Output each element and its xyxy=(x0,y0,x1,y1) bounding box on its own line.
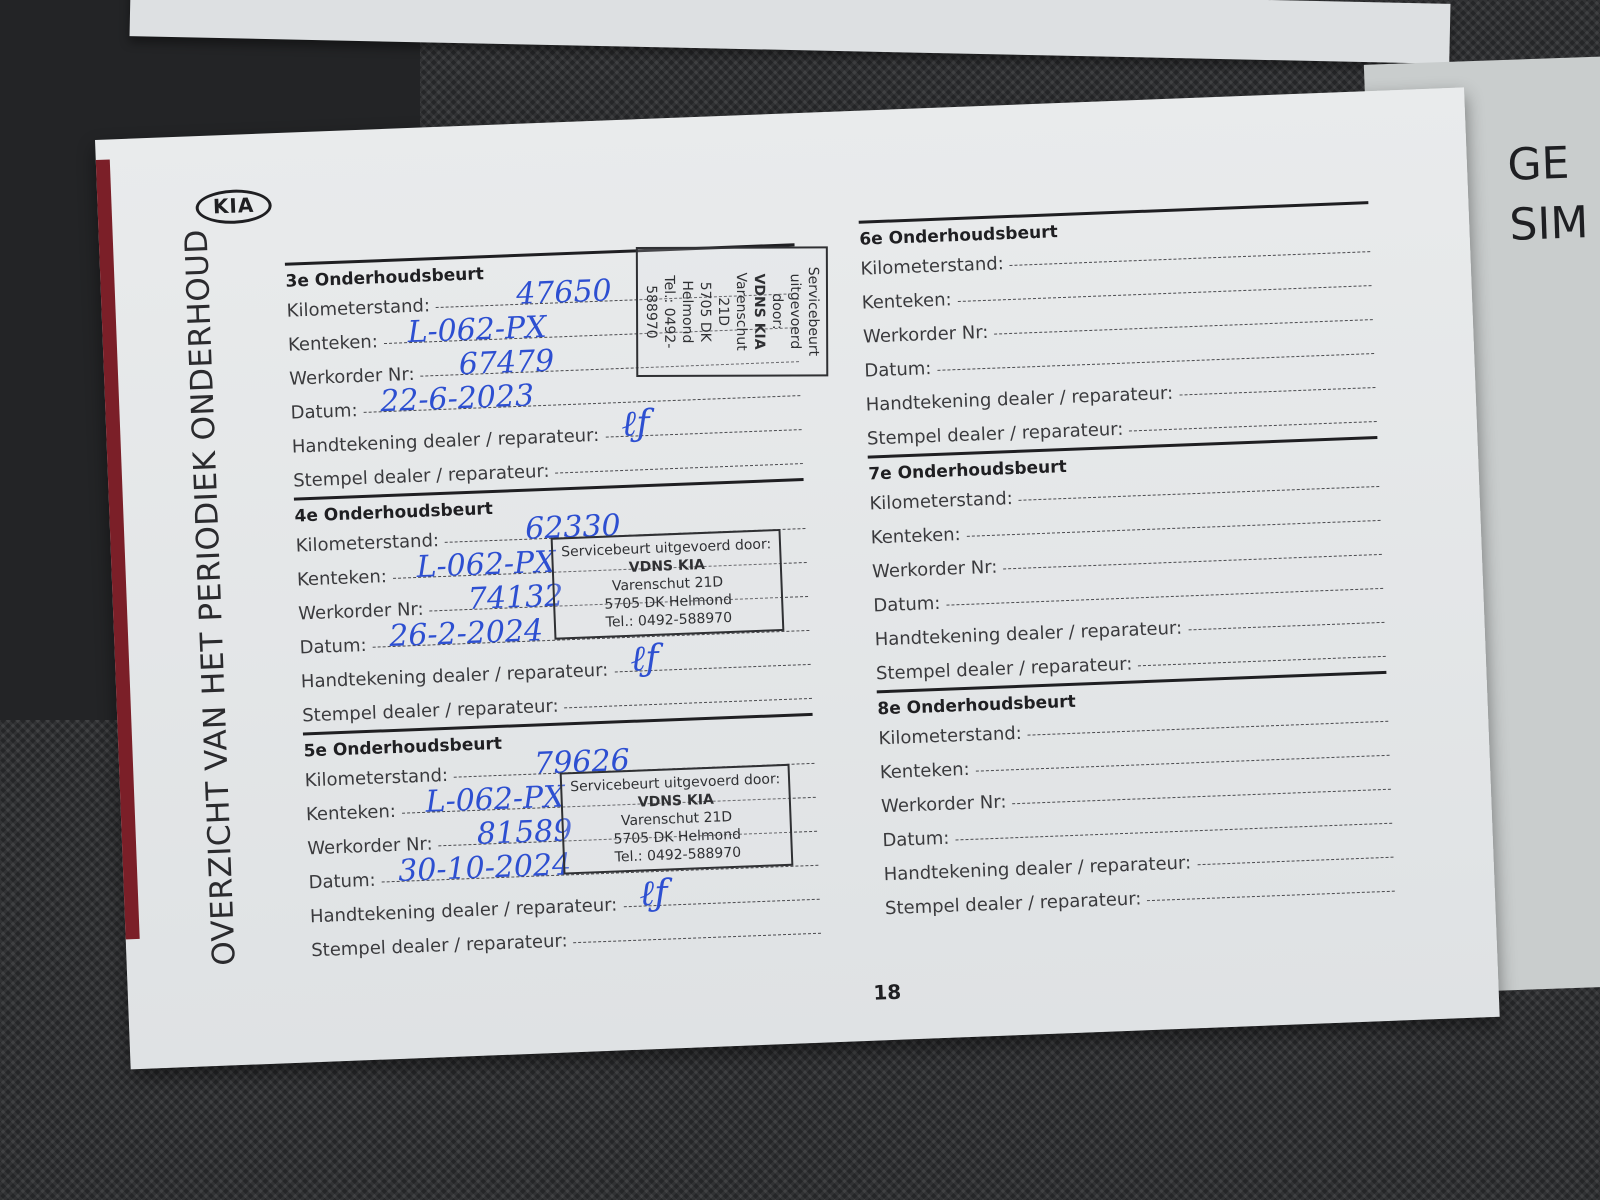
dealer-stamp: Servicebeurt uitgevoerd door:VDNS KIAVar… xyxy=(560,764,794,875)
fill-line xyxy=(1019,485,1379,500)
field-label: Werkorder Nr: xyxy=(881,791,1007,817)
fill-line xyxy=(967,519,1381,536)
service-entry: 6e OnderhoudsbeurtKilometerstand:Kenteke… xyxy=(859,201,1378,455)
field-label: Datum: xyxy=(864,358,932,382)
field-label: Werkorder Nr: xyxy=(863,321,989,347)
dealer-stamp: Servicebeurt uitgevoerd door:VDNS KIAVar… xyxy=(551,529,785,640)
dealer-signature: ℓƒ xyxy=(620,402,650,445)
page-number: 18 xyxy=(873,980,902,1005)
field-label: Kenteken: xyxy=(306,800,397,824)
field-label: Kilometerstand: xyxy=(860,253,1004,279)
field-label: Kenteken: xyxy=(879,758,970,782)
field-label: Stempel dealer / reparateur: xyxy=(302,695,559,726)
fill-line xyxy=(1012,788,1390,804)
stamp-line2: VDNS KIA xyxy=(750,257,768,367)
field-label: Kenteken: xyxy=(288,331,379,355)
field-label: Kenteken: xyxy=(870,524,961,548)
field-label: Datum: xyxy=(299,634,367,658)
field-label: Stempel dealer / reparateur: xyxy=(867,418,1124,449)
field-label: Datum: xyxy=(882,827,950,851)
fill-line xyxy=(565,697,812,708)
kia-logo: KIA xyxy=(195,188,272,225)
fill-line xyxy=(994,319,1372,335)
maintenance-booklet-page: KIA OVERZICHT VAN HET PERIODIEK ONDERHOU… xyxy=(95,87,1500,1069)
stamp-line5: Tel.: 0492-588970 xyxy=(642,257,678,367)
field-label: Handtekening dealer / reparateur: xyxy=(310,894,618,927)
handwritten-werkorder: 81589 xyxy=(476,813,573,852)
fill-line xyxy=(1129,421,1376,432)
fill-line xyxy=(1003,553,1381,569)
field-label: Handtekening dealer / reparateur: xyxy=(292,424,600,457)
fill-line xyxy=(976,754,1390,771)
handwritten-datum: 30-10-2024 xyxy=(398,847,572,889)
fill-line xyxy=(937,353,1374,371)
field-label: Handtekening dealer / reparateur: xyxy=(874,617,1182,650)
stamp-line4: 5705 DK Helmond xyxy=(678,257,714,367)
handwritten-datum: 26-2-2024 xyxy=(389,613,544,654)
field-label: Kilometerstand: xyxy=(878,722,1022,748)
field-label: Stempel dealer / reparateur: xyxy=(876,653,1133,684)
field-label: Stempel dealer / reparateur: xyxy=(885,888,1142,919)
fill-line xyxy=(1138,655,1385,666)
service-entry: 5e OnderhoudsbeurtKilometerstand:79626Ke… xyxy=(303,713,822,967)
field-label: Stempel dealer / reparateur: xyxy=(311,930,568,961)
field-label: Stempel dealer / reparateur: xyxy=(293,460,550,491)
fill-line xyxy=(1147,890,1394,901)
fill-line xyxy=(556,463,803,474)
field-label: Kilometerstand: xyxy=(869,488,1013,514)
handwritten-kilometerstand: 47650 xyxy=(516,273,613,312)
fill-line xyxy=(955,822,1392,840)
fill-line xyxy=(946,587,1383,605)
fill-line xyxy=(574,932,821,943)
handwritten-datum: 22-6-2023 xyxy=(380,378,535,419)
fill-line xyxy=(1010,251,1370,266)
dealer-stamp: Servicebeurt uitgevoerd door:VDNS KIAVar… xyxy=(636,246,828,377)
field-label: Handtekening dealer / reparateur: xyxy=(301,659,609,692)
stamp-line3: Varenschut 21D xyxy=(714,257,750,367)
fill-line xyxy=(1028,720,1388,735)
field-label: Datum: xyxy=(290,400,358,424)
service-entry: 3e OnderhoudsbeurtKilometerstand:47650Ke… xyxy=(285,243,804,497)
field-label: Kenteken: xyxy=(861,289,952,313)
adjacent-page-text-2: SIM xyxy=(1509,197,1590,251)
page-vertical-title: OVERZICHT VAN HET PERIODIEK ONDERHOUD xyxy=(179,228,243,966)
fill-line xyxy=(1197,856,1393,865)
fill-line xyxy=(1179,387,1375,396)
dealer-signature: ℓƒ xyxy=(639,872,669,915)
dealer-signature: ℓƒ xyxy=(630,637,660,680)
field-label: Kenteken: xyxy=(297,566,388,590)
service-entry: 7e OnderhoudsbeurtKilometerstand:Kenteke… xyxy=(868,436,1387,690)
stamp-line1: Servicebeurt uitgevoerd door: xyxy=(768,256,822,366)
service-entry: 4e OnderhoudsbeurtKilometerstand:62330Ke… xyxy=(294,478,813,732)
fill-line xyxy=(1188,621,1384,630)
handwritten-werkorder: 74132 xyxy=(467,578,564,617)
adjacent-page-text-1: GE xyxy=(1507,138,1571,191)
field-label: Werkorder Nr: xyxy=(872,556,998,582)
field-label: Handtekening dealer / reparateur: xyxy=(883,852,1191,885)
handwritten-werkorder: 67479 xyxy=(458,344,555,383)
field-label: Datum: xyxy=(308,869,376,893)
fill-line xyxy=(958,285,1372,302)
service-entry: 8e OnderhoudsbeurtKilometerstand:Kenteke… xyxy=(877,671,1396,925)
field-label: Datum: xyxy=(873,592,941,616)
field-label: Handtekening dealer / reparateur: xyxy=(865,382,1173,415)
